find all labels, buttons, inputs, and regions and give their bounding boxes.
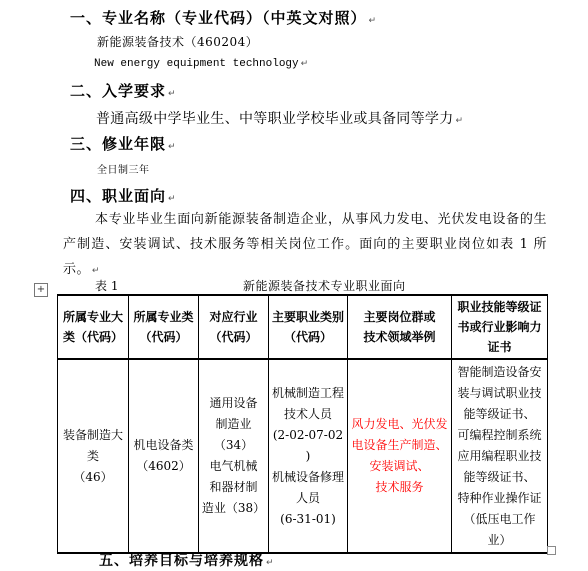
heading-section-4: 四、职业面向↵	[70, 185, 176, 206]
cell-industry: 通用设备 制造业 （34） 电气机械 和器材制 造业（38）	[199, 359, 269, 553]
heading-section-2: 二、入学要求↵	[70, 80, 176, 101]
heading-section-1: 一、专业名称（专业代码）（中英文对照）↵	[70, 7, 376, 28]
paragraph-mark: ↵	[301, 59, 309, 69]
heading-section-4-text: 四、职业面向	[70, 187, 166, 205]
cell-major-class: 机电设备类 （4602）	[129, 359, 199, 553]
header-major-class: 所属专业类 （代码）	[129, 295, 199, 359]
heading-section-2-text: 二、入学要求	[70, 82, 166, 100]
career-orientation-table: 所属专业大 类（代码） 所属专业类 （代码） 对应行业 （代码） 主要职业类别 …	[57, 294, 548, 554]
paragraph-mark: ↵	[266, 558, 274, 568]
heading-section-3: 三、修业年限↵	[70, 133, 176, 154]
paragraph-mark: ↵	[168, 142, 176, 152]
paragraph-mark: ↵	[456, 116, 464, 126]
table-body-row: 装备制造大 类 （46） 机电设备类 （4602） 通用设备 制造业 （34） …	[58, 359, 548, 553]
table-header-row: 所属专业大 类（代码） 所属专业类 （代码） 对应行业 （代码） 主要职业类别 …	[58, 295, 548, 359]
major-name-cn: 新能源装备技术（460204）	[97, 33, 258, 50]
career-paragraph: 本专业毕业生面向新能源装备制造企业，从事风力发电、光伏发电设备的生产制造、安装调…	[63, 207, 547, 284]
header-industry: 对应行业 （代码）	[199, 295, 269, 359]
cell-certificates: 智能制造设备安 装与调试职业技 能等级证书、 可编程控制系统 应用编程职业技 能…	[452, 359, 548, 553]
document-page: 一、专业名称（专业代码）（中英文对照）↵ 新能源装备技术（460204） New…	[0, 0, 588, 571]
major-name-en: New energy equipment technology↵	[94, 58, 308, 70]
heading-section-1-text: 一、专业名称（专业代码）（中英文对照）	[70, 9, 367, 27]
heading-section-5: 五、培养目标与培养规格↵	[99, 550, 274, 570]
header-major-category: 所属专业大 类（代码）	[58, 295, 129, 359]
study-duration-text: 全日制三年	[97, 161, 150, 176]
cell-major-category: 装备制造大 类 （46）	[58, 359, 129, 553]
major-name-en-text: New energy equipment technology	[94, 58, 299, 70]
paragraph-mark: ↵	[369, 16, 377, 26]
paragraph-mark: ↵	[168, 194, 176, 204]
entry-requirement-text: 普通高级中学毕业生、中等职业学校毕业或具备同等学力↵	[96, 108, 463, 128]
paragraph-mark: ↵	[92, 266, 100, 276]
header-occupation-category: 主要职业类别 （代码）	[269, 295, 348, 359]
heading-section-3-text: 三、修业年限	[70, 135, 166, 153]
entry-requirement-value: 普通高级中学毕业生、中等职业学校毕业或具备同等学力	[96, 111, 454, 127]
career-paragraph-text: 本专业毕业生面向新能源装备制造企业，从事风力发电、光伏发电设备的生产制造、安装调…	[63, 212, 547, 277]
header-certificates: 职业技能等级证 书或行业影响力 证书	[452, 295, 548, 359]
table-move-handle-icon[interactable]: +	[34, 283, 48, 297]
cell-job-group: 风力发电、光伏发 电设备生产制造、 安装调试、 技术服务	[348, 359, 452, 553]
cell-occupation-category: 机械制造工程 技术人员 (2-02-07-02 ) 机械设备修理 人员 (6-3…	[269, 359, 348, 553]
header-job-group: 主要岗位群或 技术领域举例	[348, 295, 452, 359]
paragraph-mark: ↵	[168, 89, 176, 99]
heading-section-5-text: 五、培养目标与培养规格	[99, 553, 264, 569]
table-resize-handle-icon[interactable]	[547, 546, 556, 555]
table-caption-label: 表 1	[95, 277, 118, 294]
table-caption-title: 新能源装备技术专业职业面向	[243, 277, 406, 294]
